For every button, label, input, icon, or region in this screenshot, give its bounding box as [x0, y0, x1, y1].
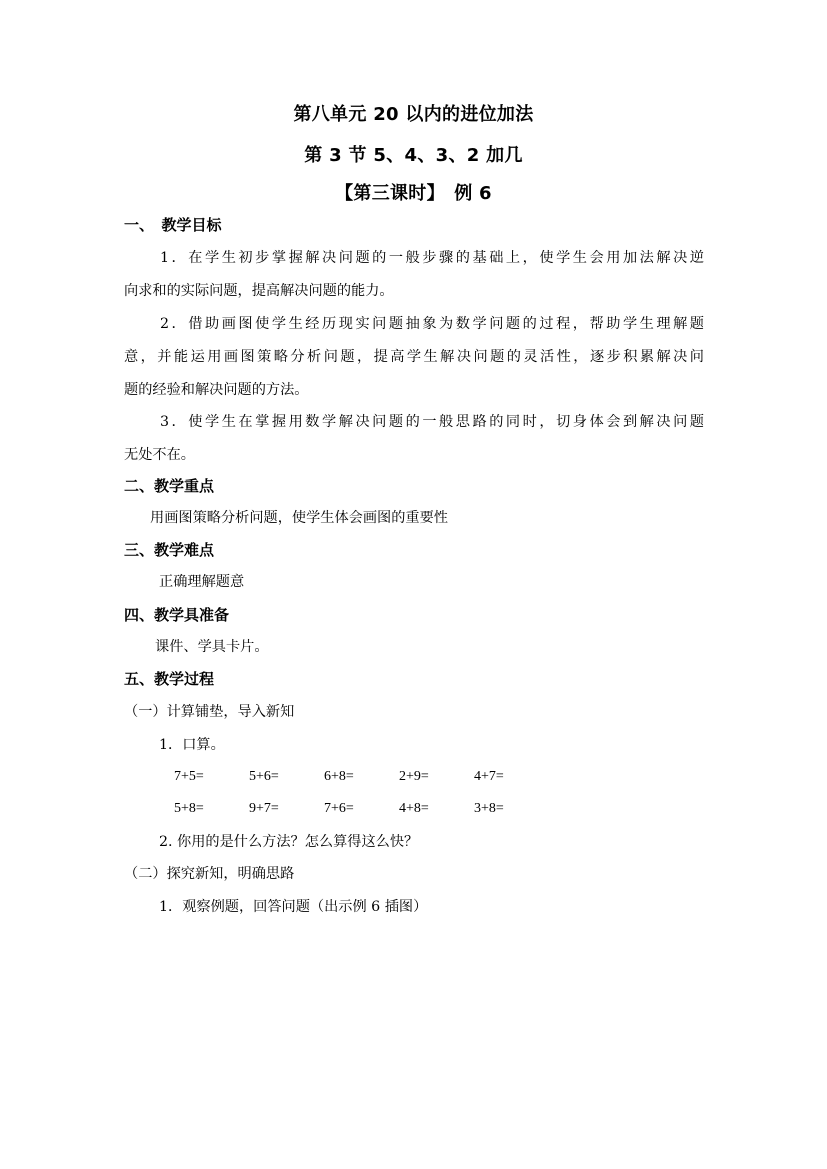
mental-math-row-2: 5+8= 9+7= 7+6= 4+8= 3+8= [174, 799, 549, 819]
difficulties-text: 正确理解题意 [159, 572, 244, 592]
objective-1-line-2: 向求和的实际问题，提高解决问题的能力。 [124, 281, 704, 301]
preparation-text: 课件、学具卡片。 [155, 637, 269, 657]
document-page: 第八单元 20 以内的进位加法 第 3 节 5、4、3、2 加几 【第三课时】 … [0, 0, 827, 1169]
math-problem: 4+8= [399, 799, 474, 819]
objective-3-line-2: 无处不在。 [124, 445, 704, 465]
heading-difficulties: 三、教学难点 [124, 540, 214, 560]
unit-title: 第八单元 20 以内的进位加法 [0, 104, 827, 126]
math-problem: 9+7= [249, 799, 324, 819]
math-problem: 7+6= [324, 799, 399, 819]
objective-2-line-3: 题的经验和解决问题的方法。 [124, 380, 704, 400]
objective-3-line-1: 3．使学生在掌握用数学解决问题的一般思路的同时，切身体会到解决问题 [124, 412, 704, 432]
process-part-2-title: （二）探究新知，明确思路 [124, 864, 294, 884]
heading-objectives: 一、 教学目标 [124, 215, 222, 235]
objective-2-line-2: 意，并能运用画图策略分析问题，提高学生解决问题的灵活性，逐步积累解决问 [124, 347, 704, 367]
objective-1-line-1: 1．在学生初步掌握解决问题的一般步骤的基础上，使学生会用加法解决逆 [124, 248, 704, 268]
process-part-2-item-1: 1．观察例题，回答问题（出示例 6 插图） [159, 897, 427, 917]
math-problem: 6+8= [324, 767, 399, 787]
process-part-1-item-2: 2. 你用的是什么方法？怎么算得这么快？ [159, 832, 418, 852]
math-problem: 2+9= [399, 767, 474, 787]
math-problem: 5+6= [249, 767, 324, 787]
math-problem: 4+7= [474, 767, 549, 787]
key-points-text: 用画图策略分析问题，使学生体会画图的重要性 [150, 508, 448, 528]
math-problem: 5+8= [174, 799, 249, 819]
objective-2-line-1: 2．借助画图使学生经历现实问题抽象为数学问题的过程，帮助学生理解题 [124, 314, 704, 334]
math-problem: 7+5= [174, 767, 249, 787]
process-part-1-item-1: 1．口算。 [159, 735, 225, 755]
lesson-title: 【第三课时】 例 6 [0, 183, 827, 205]
process-part-1-title: （一）计算铺垫，导入新知 [124, 702, 294, 722]
heading-key-points: 二、教学重点 [124, 476, 214, 496]
mental-math-row-1: 7+5= 5+6= 6+8= 2+9= 4+7= [174, 767, 549, 787]
heading-preparation: 四、教学具准备 [124, 605, 229, 625]
heading-process: 五、教学过程 [124, 669, 214, 689]
math-problem: 3+8= [474, 799, 549, 819]
section-title: 第 3 节 5、4、3、2 加几 [0, 145, 827, 167]
